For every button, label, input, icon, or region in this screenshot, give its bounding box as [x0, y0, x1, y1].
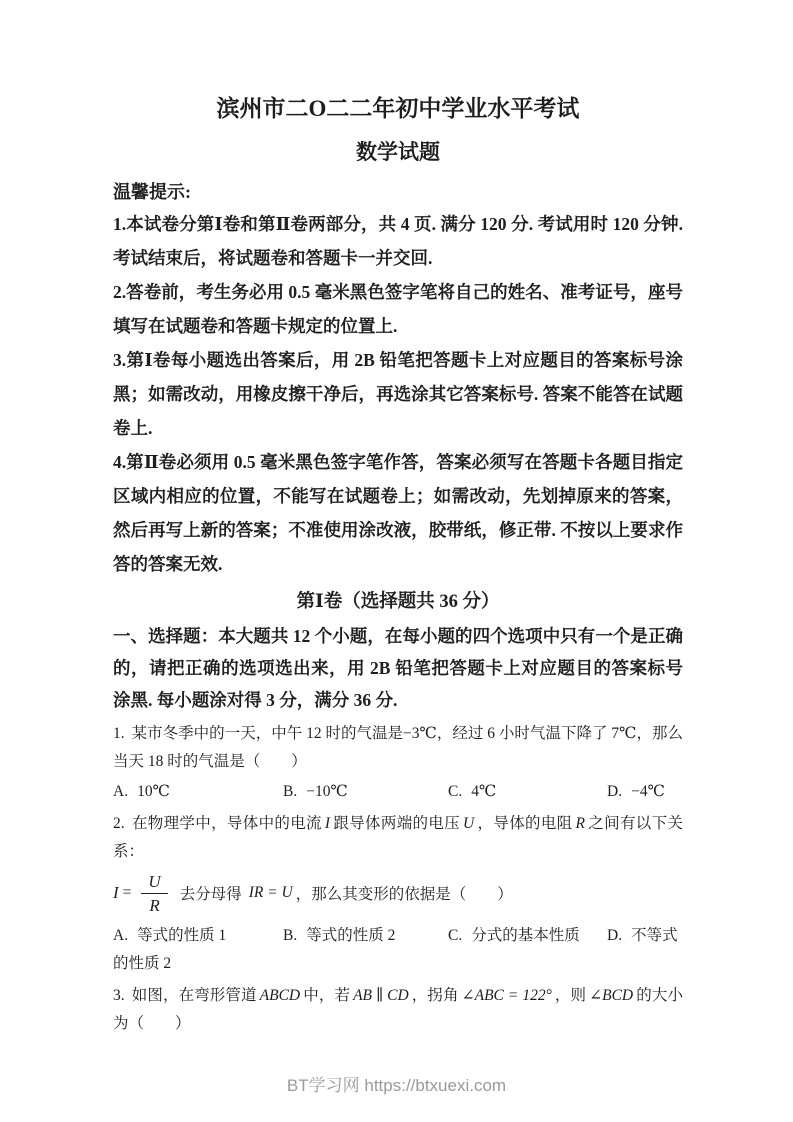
formula-lhs: I: [113, 883, 119, 903]
question-2-formula: I = UR 去分母得 IR = U ，那么其变形的依据是（ ）: [113, 866, 683, 920]
notice-item-4: 4.第Ⅱ卷必须用 0.5 毫米黑色签字笔作答，答案必须写在答题卡各题目指定区域内…: [113, 445, 683, 581]
fraction-denominator: R: [149, 894, 159, 917]
option-text: 等式的性质 2: [306, 927, 395, 944]
section-1-intro: 一、选择题：本大题共 12 个小题，在每小题的四个选项中只有一个是正确的，请把正…: [113, 620, 683, 716]
option-text: 10℃: [137, 783, 170, 800]
option-text: −4℃: [631, 783, 665, 800]
question-2-option-a: A.等式的性质 1: [113, 922, 283, 950]
option-text: 等式的性质 1: [137, 927, 226, 944]
question-3-text-segment: ，则: [555, 987, 586, 1004]
fraction: UR: [141, 870, 167, 917]
notice-heading: 温馨提示:: [113, 177, 683, 207]
question-3-text-segment: 如图，在弯形管道: [132, 987, 257, 1004]
question-3-text-segment: ，拐角: [412, 987, 459, 1004]
math-ABCD: ABCD: [257, 987, 303, 1004]
footer-site-name: BT学习网: [287, 1076, 360, 1095]
question-3: 3.如图，在弯形管道ABCD中，若AB ∥ CD，拐角∠ABC = 122°，则…: [113, 982, 683, 1038]
option-label: A.: [113, 927, 128, 944]
option-text: −10℃: [306, 783, 348, 800]
question-1-options: A.10℃B.−10℃C.4℃D.−4℃: [113, 778, 683, 806]
question-2-text-segment: 跟导体两端的电压: [333, 815, 460, 832]
option-label: B.: [283, 783, 297, 800]
question-1-number: 1.: [113, 725, 125, 742]
question-1-option-d: D.−4℃: [607, 783, 665, 800]
question-1-option-a: A.10℃: [113, 778, 283, 806]
option-label: C.: [448, 927, 462, 944]
formula-rhs: IR = U: [246, 884, 296, 902]
question-2-option-b: B.等式的性质 2: [283, 922, 448, 950]
math-angle-BCD: ∠BCD: [586, 987, 636, 1004]
exam-page: 滨州市二O二二年初中学业水平考试 数学试题 温馨提示: 1.本试卷分第Ⅰ卷和第Ⅱ…: [0, 0, 793, 1122]
footer-watermark: BT学习网 https://btxuexi.com: [0, 1071, 793, 1096]
option-label: A.: [113, 783, 128, 800]
option-text: 分式的基本性质: [471, 927, 580, 944]
variable-I: I: [322, 815, 333, 832]
formula-tail-text: ，那么其变形的依据是（ ）: [296, 882, 513, 904]
question-2-number: 2.: [113, 815, 125, 832]
option-label: C.: [448, 783, 462, 800]
notice-item-3: 3.第Ⅰ卷每小题选出答案后，用 2B 铅笔把答题卡上对应题目的答案标号涂黑；如需…: [113, 343, 683, 445]
option-text: 4℃: [471, 783, 496, 800]
question-2: 2.在物理学中，导体中的电流I跟导体两端的电压U，导体的电阻R之间有以下关系：: [113, 810, 683, 866]
exam-subtitle: 数学试题: [113, 136, 683, 168]
question-1-option-b: B.−10℃: [283, 778, 448, 806]
notice-item-1: 1.本试卷分第Ⅰ卷和第Ⅱ卷两部分，共 4 页. 满分 120 分. 考试用时 1…: [113, 207, 683, 275]
variable-R: R: [573, 815, 588, 832]
variable-U: U: [460, 815, 477, 832]
question-1-text: 某市冬季中的一天，中午 12 时的气温是−3℃，经过 6 小时气温下降了 7℃，…: [113, 725, 683, 770]
question-2-text-segment: ，导体的电阻: [477, 815, 572, 832]
fraction-numerator: U: [141, 870, 167, 894]
exam-title: 滨州市二O二二年初中学业水平考试: [113, 92, 683, 126]
question-1-option-c: C.4℃: [448, 778, 607, 806]
option-label: D.: [607, 927, 622, 944]
math-AB-parallel-CD: AB ∥ CD: [350, 987, 412, 1004]
footer-site-url: https://btxuexi.com: [364, 1076, 506, 1095]
option-label: D.: [607, 783, 622, 800]
question-2-options: A.等式的性质 1B.等式的性质 2C.分式的基本性质D.不等式的性质 2: [113, 922, 683, 978]
question-2-option-c: C.分式的基本性质: [448, 922, 607, 950]
question-1: 1.某市冬季中的一天，中午 12 时的气温是−3℃，经过 6 小时气温下降了 7…: [113, 720, 683, 776]
option-label: B.: [283, 927, 297, 944]
exam-content: 滨州市二O二二年初中学业水平考试 数学试题 温馨提示: 1.本试卷分第Ⅰ卷和第Ⅱ…: [113, 92, 683, 1038]
section-1-heading: 第Ⅰ卷（选择题共 36 分）: [113, 586, 683, 618]
equals-sign: =: [123, 884, 132, 902]
notice-item-2: 2.答卷前，考生务必用 0.5 毫米黑色签字笔将自己的姓名、准考证号，座号填写在…: [113, 275, 683, 343]
formula-mid-text: 去分母得: [180, 882, 242, 904]
question-3-number: 3.: [113, 987, 125, 1004]
question-3-text-segment: 中，若: [303, 987, 350, 1004]
question-2-text-segment: 在物理学中，导体中的电流: [132, 815, 322, 832]
math-angle-ABC: ∠ABC = 122°: [459, 987, 555, 1004]
